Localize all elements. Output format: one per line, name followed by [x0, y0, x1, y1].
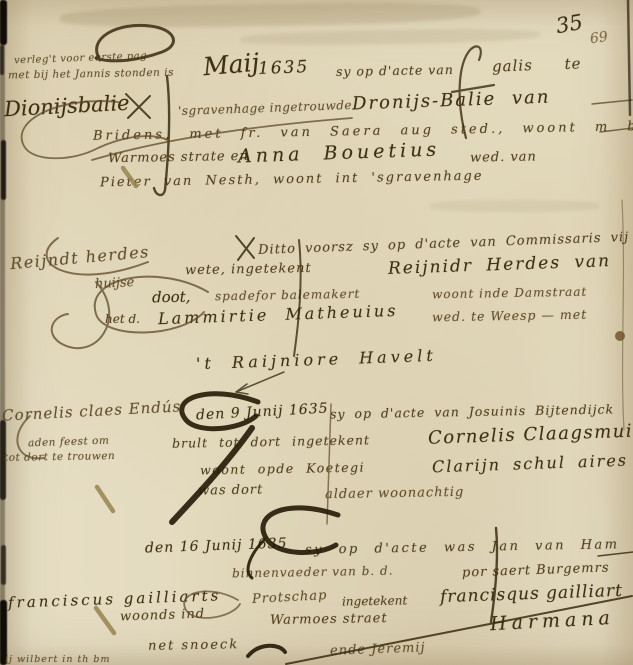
entry3-line2-small: brult tot dort ingetekent	[172, 432, 370, 450]
entry1-acte-end: galis te	[492, 54, 582, 75]
entry3-margin-line2: aden feest om	[28, 435, 110, 450]
cross-b	[128, 96, 150, 118]
entry4-line2-end: por saert Burgemrs	[462, 560, 610, 580]
dash1	[592, 100, 632, 104]
entry4-line5-start: net snoeck	[148, 637, 239, 654]
bleedthrough-smudge	[430, 200, 600, 212]
section-heading: 't Raijniore Havelt	[196, 346, 437, 373]
descender	[52, 282, 109, 348]
bleedthrough-smudge	[240, 27, 540, 46]
entry1-month: Maij	[202, 48, 261, 82]
entry2-margin-name: Reijndt herdes	[9, 242, 150, 273]
entry1-note-line1: verleg't voor eerste pag	[14, 51, 147, 67]
entry4-line5-end: ende Jeremij	[330, 640, 426, 658]
entry2-groom-name: Reijnidr Herdes van	[388, 251, 612, 279]
left-edge-mark	[1, 140, 6, 200]
entry2-x-mark-icon	[236, 236, 254, 260]
entry3-line4-start: was dort	[198, 482, 264, 498]
entry2-line4-start: het d.	[105, 312, 140, 326]
entry4-bride-name: Harmana	[490, 607, 616, 636]
entry4-line4-start: woonds ind	[120, 607, 206, 625]
ink-blob	[615, 331, 625, 341]
entry2-bride-name: Lammirtie Matheuius	[158, 301, 399, 328]
entry4-line2-start: binnenvaeder van b. d.	[232, 564, 394, 581]
heading-arrow-stroke	[236, 372, 284, 394]
entry3-line4-end: aldaer woonachtig	[325, 485, 465, 502]
entry3-bride-name: Clarijn schul aires	[432, 451, 629, 477]
slash-entry3	[97, 487, 113, 511]
manuscript-page: 35 69 verleg't voor eerste pag met bij h…	[0, 0, 633, 665]
entry4-bottom-partial: ij wilbert in th bm	[5, 654, 111, 665]
entry2-line3-start: doot,	[152, 288, 191, 307]
right-edge-marks	[615, 0, 630, 430]
dash	[598, 552, 633, 556]
entry4-line4-mid: Warmoes straet	[270, 611, 388, 628]
entry1-acte-formula: sy op d'acte van	[336, 62, 454, 79]
folio-number: 35	[554, 10, 584, 38]
entry2-line3-mid: spadefor balemakert	[215, 287, 360, 304]
squiggle	[248, 646, 285, 656]
entry2-line4-end: wed. te Weesp — met	[432, 307, 587, 325]
entry1-line2-small: 'sgravenhage ingetrouwde	[178, 98, 352, 118]
arrow-head	[236, 384, 248, 394]
bleedthrough-smudge	[60, 0, 480, 29]
folio-number-alt: 69	[589, 29, 609, 47]
entry1-year: 1635	[258, 57, 310, 79]
entry3-line1-rest: sy op d'acte van Josuinis Bijtendijck	[330, 402, 614, 422]
x-b	[238, 238, 254, 260]
slash-entry4	[96, 608, 114, 633]
left-edge-mark	[0, 0, 7, 45]
entry3-groom-name: Cornelis Claagsmuis	[428, 420, 633, 449]
entry2-line3-end: woont inde Damstraat	[432, 285, 587, 302]
entry1-line4-start: Warmoes strate en	[108, 149, 249, 166]
entry1-note-line2: met bij het Jannis stonden is	[8, 67, 174, 82]
x-a	[236, 236, 254, 258]
entry4-line1-rest: sy op d'acte was Jan van Ham	[305, 537, 620, 557]
entry1-bride-name: Anna Bouetius	[238, 138, 441, 167]
entry3-line3-start: woont opde Koetegi	[200, 460, 365, 478]
entry4-groom-name: francisqus gailliart	[440, 581, 624, 607]
entry1-groom-name: Dronijs-Balie van	[352, 87, 551, 115]
left-edge-mark	[0, 45, 4, 75]
entry3-date: den 9 Junij 1635	[196, 401, 329, 424]
entry1-margin-name: Dionijsbalie	[3, 91, 130, 122]
entry1-line5: Pieter van Nesth, woont int 'sgravenhage	[100, 169, 484, 191]
left-edge-mark	[1, 545, 6, 585]
entry4-line3-mid: Protschap	[252, 588, 328, 607]
entry3-margin-line3: tot dort te trouwen	[4, 450, 115, 464]
entry2-line2-small: wete, ingetekent	[185, 261, 312, 278]
entry4-line3-small: ingetekent	[342, 593, 407, 608]
entry1-line4-end: wed. van	[470, 149, 537, 165]
entry2-margin-sub: huijse	[95, 275, 135, 292]
edge-crease-top	[628, 0, 630, 115]
entry4-date: den 16 Junij 1635	[145, 536, 288, 557]
arrow-line	[236, 372, 284, 392]
entry3-margin-name: Cornelis claes Endús	[2, 397, 182, 424]
entry4-bold-flourish	[248, 508, 338, 656]
entry1-line3: Bridens, met fr. van Saera aug sted., wo…	[93, 119, 633, 144]
